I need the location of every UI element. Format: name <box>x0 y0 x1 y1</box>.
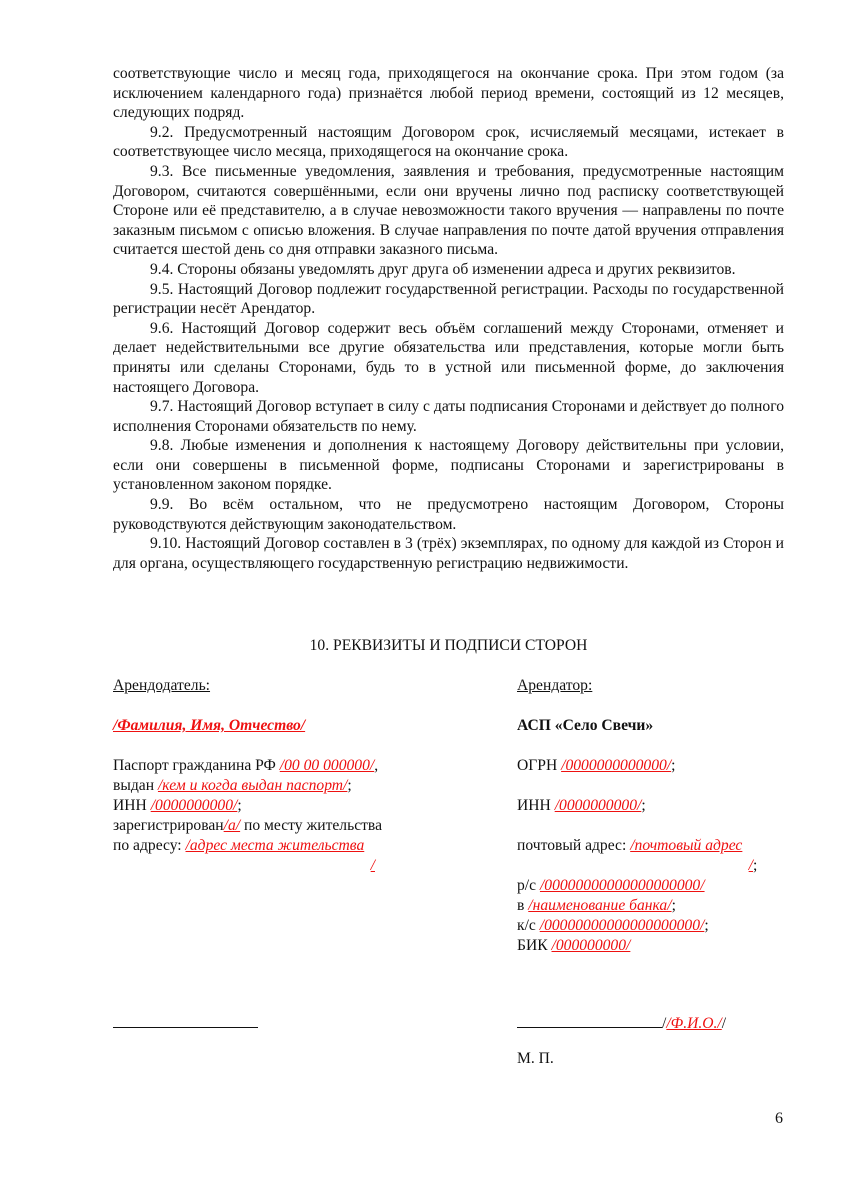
passport-label: Паспорт гражданина РФ <box>113 757 280 774</box>
punctuation: ; <box>347 777 351 794</box>
postal-address-field[interactable]: /почтовый адрес <box>630 837 742 854</box>
document-page: соответствующие число и месяц года, прих… <box>0 0 849 1200</box>
registered-label: зарегистрирован <box>113 817 224 834</box>
page-number: 6 <box>775 1110 783 1128</box>
residence-address-field[interactable]: /адрес места жительства <box>186 837 365 854</box>
landlord-label: Арендодатель: <box>113 677 210 694</box>
paragraph-9-8: 9.8. Любые изменения и дополнения к наст… <box>113 436 784 495</box>
address-label: по адресу: <box>113 837 186 854</box>
bank-name-field[interactable]: /наименование банка/ <box>528 897 671 914</box>
rs-label: р/с <box>517 877 540 894</box>
punctuation: ; <box>641 797 645 814</box>
residence-address-continuation[interactable]: / <box>113 856 375 876</box>
tenant-name: АСП «Село Свечи» <box>517 717 653 734</box>
tenant-inn-field[interactable]: /0000000000/ <box>555 797 642 814</box>
contract-body: соответствующие число и месяц года, прих… <box>113 64 784 573</box>
passport-number-field[interactable]: /00 00 000000/ <box>280 757 374 774</box>
slash: / <box>722 1015 726 1032</box>
bik-field[interactable]: /000000000/ <box>552 937 631 954</box>
punctuation: ; <box>237 797 241 814</box>
tenant-inn-label: ИНН <box>517 797 555 814</box>
paragraph-9-6: 9.6. Настоящий Договор содержит весь объ… <box>113 319 784 397</box>
registered-gender-field[interactable]: /а/ <box>224 817 240 834</box>
tenant-signature-line[interactable] <box>517 1012 662 1028</box>
landlord-inn-label: ИНН <box>113 797 151 814</box>
landlord-details: Арендодатель: /Фамилия, Имя, Отчество/ П… <box>113 676 433 876</box>
correspondent-account-field[interactable]: /00000000000000000000/ <box>540 917 705 934</box>
section-title: 10. РЕКВИЗИТЫ И ПОДПИСИ СТОРОН <box>113 636 784 656</box>
paragraph-9-4: 9.4. Стороны обязаны уведомлять друг дру… <box>113 260 784 280</box>
postal-address-label: почтовый адрес: <box>517 837 630 854</box>
tenant-signature: //Ф.И.О.// <box>517 1012 726 1034</box>
paragraph-9-7: 9.7. Настоящий Договор вступает в силу с… <box>113 397 784 436</box>
passport-issued-field[interactable]: /кем и когда выдан паспорт/ <box>158 777 347 794</box>
landlord-name-field[interactable]: /Фамилия, Имя, Отчество/ <box>113 717 305 734</box>
registered-suffix: по месту жительства <box>240 817 382 834</box>
issued-label: выдан <box>113 777 158 794</box>
paragraph-9-9: 9.9. Во всём остальном, что не предусмот… <box>113 495 784 534</box>
paragraph-9-5: 9.5. Настоящий Договор подлежит государс… <box>113 280 784 319</box>
bank-label: в <box>517 897 528 914</box>
postal-address-continuation[interactable]: / <box>517 856 753 876</box>
punctuation: ; <box>704 917 708 934</box>
landlord-inn-field[interactable]: /0000000000/ <box>151 797 238 814</box>
ogrn-field[interactable]: /0000000000000/ <box>561 757 671 774</box>
paragraph-9-1-continuation: соответствующие число и месяц года, прих… <box>113 64 784 123</box>
address-end: / <box>371 857 375 874</box>
landlord-signature-line[interactable] <box>113 1012 258 1028</box>
landlord-signature <box>113 1012 258 1034</box>
stamp-placeholder: М. П. <box>517 1050 554 1068</box>
tenant-label: Арендатор: <box>517 677 592 694</box>
tenant-details: Арендатор: АСП «Село Свечи» ОГРН /000000… <box>517 676 797 956</box>
ogrn-label: ОГРН <box>517 757 561 774</box>
bik-label: БИК <box>517 937 552 954</box>
punctuation: ; <box>672 897 676 914</box>
tenant-signatory-name-field[interactable]: /Ф.И.О./ <box>666 1015 721 1032</box>
settlement-account-field[interactable]: /00000000000000000000/ <box>540 877 705 894</box>
punctuation: ; <box>753 857 757 874</box>
punctuation: , <box>374 757 378 774</box>
paragraph-9-10: 9.10. Настоящий Договор составлен в 3 (т… <box>113 534 784 573</box>
punctuation: ; <box>671 757 675 774</box>
ks-label: к/с <box>517 917 540 934</box>
paragraph-9-3: 9.3. Все письменные уведомления, заявлен… <box>113 162 784 260</box>
paragraph-9-2: 9.2. Предусмотренный настоящим Договором… <box>113 123 784 162</box>
